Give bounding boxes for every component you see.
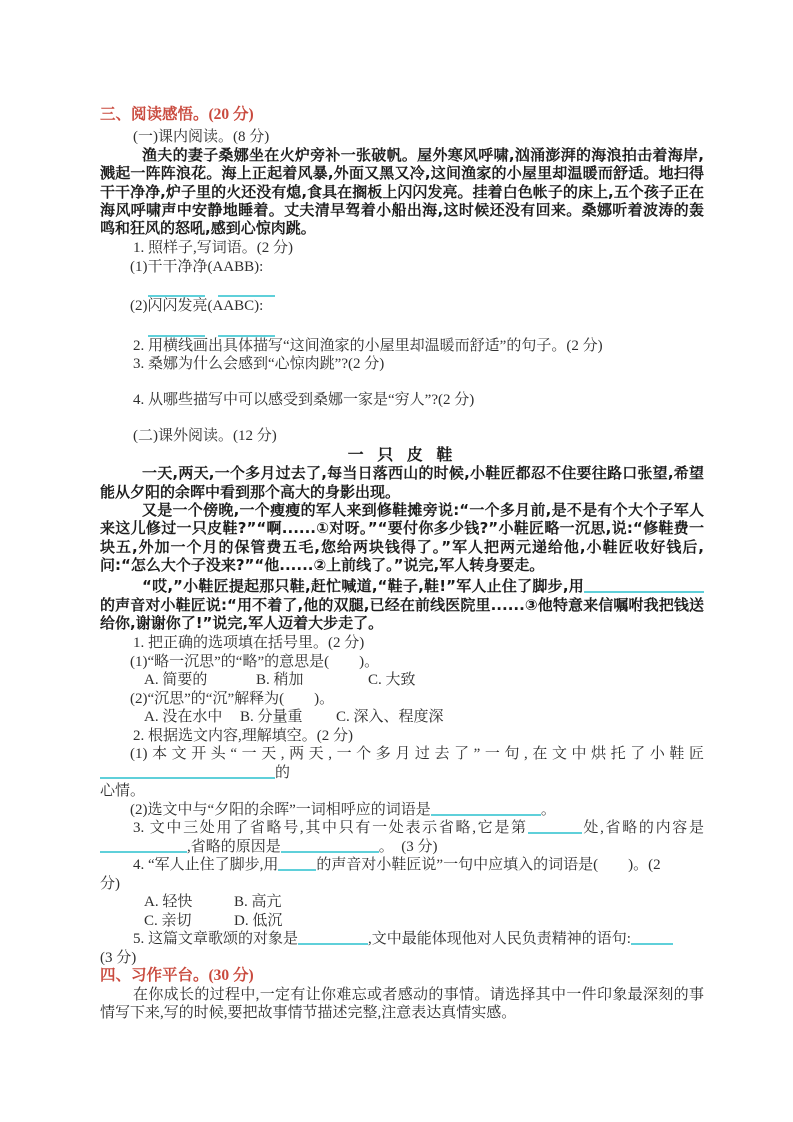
- outclass-q1-item2-options: A. 没在水中B. 分量重C. 深入、程度深: [100, 708, 704, 727]
- inclass-question-2: 2. 用横线画出具体描写“这间渔家的小屋里却温暖而舒适”的句子。(2 分): [100, 337, 704, 356]
- q2-item2-text: (2)选文中与“夕阳的余晖”一词相呼应的词语是: [130, 802, 431, 818]
- q2-item1-text: (1)本文开头“一天,两天,一个多月过去了”一句,在文中烘托了小鞋匠: [130, 746, 704, 762]
- passage-poor-people: 渔夫的妻子桑娜坐在火炉旁补一张破帆。屋外寒风呼啸,汹涌澎湃的海浪拍击着海岸,溅起…: [100, 146, 704, 237]
- passage-shoe-paragraph-1: 一天,两天,一个多月过去了,每当日落西山的时候,小鞋匠都忍不住要往路口张望,希望…: [100, 464, 704, 501]
- outclass-question-1: 1. 把正确的选项填在括号里。(2 分): [100, 634, 704, 653]
- inclass-question-3: 3. 桑娜为什么会感到“心惊肉跳”?(2 分): [100, 355, 704, 374]
- inclass-question-4: 4. 从哪些描写中可以感受到桑娜一家是“穷人”?(2 分): [100, 391, 704, 410]
- q4-wrap-line: 分): [100, 875, 704, 894]
- answer-blank: [631, 932, 673, 945]
- answer-blank: [298, 932, 368, 945]
- option-c: C. 深入、程度深: [336, 708, 444, 727]
- option-b: B. 分量重: [240, 708, 336, 727]
- exam-content: 三、阅读感悟。(20 分) (一)课内阅读。(8 分) 渔夫的妻子桑娜坐在火炉旁…: [100, 106, 704, 1023]
- passage-text-before-blank: “哎,”小鞋匠提起那只鞋,赶忙喊道,“鞋子,鞋!”军人止住了脚步,用: [142, 577, 584, 595]
- outclass-question-3: 3. 文中三处用了省略号,其中只有一处表示省略,它是第处,省略的内容是,省略的原…: [100, 819, 704, 856]
- exam-paper-page: 三、阅读感悟。(20 分) (一)课内阅读。(8 分) 渔夫的妻子桑娜坐在火炉旁…: [0, 0, 793, 1122]
- answer-blank: [100, 840, 187, 853]
- answer-blank-row: [100, 282, 704, 295]
- inclass-question-1: 1. 照样子,写词语。(2 分): [100, 239, 704, 258]
- passage-title: 一 只 皮 鞋: [100, 446, 704, 465]
- answer-blank: [148, 284, 205, 297]
- q4-segment-2: 的声音对小鞋匠说”一句中应填入的词语是( )。(2: [316, 857, 660, 873]
- writing-prompt: 在你成长的过程中,一定有让你难忘或者感动的事情。请选择其中一件印象最深刻的事情写…: [100, 986, 704, 1023]
- outclass-question-1-item-2: (2)“沉思”的“沉”解释为( )。: [100, 690, 704, 709]
- q3-segment-2: 处,省略的内容是: [582, 820, 704, 836]
- q3-segment-4: 。 (3 分): [379, 839, 438, 855]
- option-a: A. 简要的: [144, 671, 256, 690]
- inclass-question-1-item-1: (1)干干净净(AABB):: [100, 258, 704, 277]
- option-c: C. 大致: [368, 671, 480, 690]
- q5-segment-1: 5. 这篇文章歌颂的对象是: [133, 931, 298, 947]
- answer-blank: [218, 284, 275, 297]
- outclass-q4-options-row-2: C. 亲切D. 低沉: [100, 912, 704, 931]
- answer-blank: [528, 821, 582, 834]
- option-b: B. 高亢: [234, 893, 324, 912]
- answer-blank: [281, 840, 379, 853]
- answer-blank: [148, 324, 205, 337]
- outclass-question-5: 5. 这篇文章歌颂的对象是,文中最能体现他对人民负责精神的语句:: [100, 930, 704, 949]
- outclass-question-4: 4. “军人止住了脚步,用的声音对小鞋匠说”一句中应填入的词语是( )。(2: [100, 856, 704, 875]
- outclass-question-2-item-1: (1)本文开头“一天,两天,一个多月过去了”一句,在文中烘托了小鞋匠的: [100, 745, 704, 782]
- outclass-q1-item1-options: A. 简要的B. 稍加C. 大致: [100, 671, 704, 690]
- option-d: D. 低沉: [234, 912, 324, 931]
- q5-segment-2: ,文中最能体现他对人民负责精神的语句:: [368, 931, 631, 947]
- answer-blank: [218, 324, 275, 337]
- q2-item1-tail: 的: [275, 765, 290, 781]
- q2-item2-tail: 。: [541, 802, 556, 818]
- inclass-question-1-item-2: (2)闪闪发亮(AABC):: [100, 297, 704, 316]
- answer-blank: [278, 858, 316, 871]
- section-reading-heading: 三、阅读感悟。(20 分): [100, 106, 704, 125]
- section-writing-heading: 四、习作平台。(30 分): [100, 967, 704, 986]
- option-c: C. 亲切: [144, 912, 234, 931]
- q3-segment-3: ,省略的原因是: [187, 839, 281, 855]
- outclass-question-1-item-1: (1)“略一沉思”的“略”的意思是( )。: [100, 653, 704, 672]
- part-outclass-heading: (二)课外阅读。(12 分): [100, 427, 704, 446]
- option-b: B. 稍加: [256, 671, 368, 690]
- option-a: A. 没在水中: [144, 708, 240, 727]
- option-a: A. 轻快: [144, 893, 234, 912]
- q2-item1-wrap-line: 心情。: [100, 782, 704, 801]
- part-inclass-heading: (一)课内阅读。(8 分): [100, 128, 704, 147]
- q4-segment-1: 4. “军人止住了脚步,用: [133, 857, 278, 873]
- outclass-question-2-item-2: (2)选文中与“夕阳的余晖”一词相呼应的词语是。: [100, 801, 704, 820]
- passage-text-after-blank: 的声音对小鞋匠说:“用不着了,他的双腿,已经在前线医院里......③他特意来信…: [100, 596, 704, 632]
- answer-blank-row: [100, 322, 704, 335]
- passage-shoe-paragraph-3: “哎,”小鞋匠提起那只鞋,赶忙喊道,“鞋子,鞋!”军人止住了脚步,用的声音对小鞋…: [100, 577, 704, 632]
- answer-blank: [584, 580, 704, 593]
- answer-blank: [100, 766, 275, 779]
- outclass-question-2: 2. 根据选文内容,理解填空。(2 分): [100, 727, 704, 746]
- answer-blank: [431, 803, 541, 816]
- q5-score-line: (3 分): [100, 949, 704, 968]
- q3-segment-1: 3. 文中三处用了省略号,其中只有一处表示省略,它是第: [133, 820, 528, 836]
- outclass-q4-options-row-1: A. 轻快B. 高亢: [100, 893, 704, 912]
- passage-shoe-paragraph-2: 又是一个傍晚,一个瘦瘦的军人来到修鞋摊旁说:“一个多月前,是不是有个大个子军人来…: [100, 501, 704, 574]
